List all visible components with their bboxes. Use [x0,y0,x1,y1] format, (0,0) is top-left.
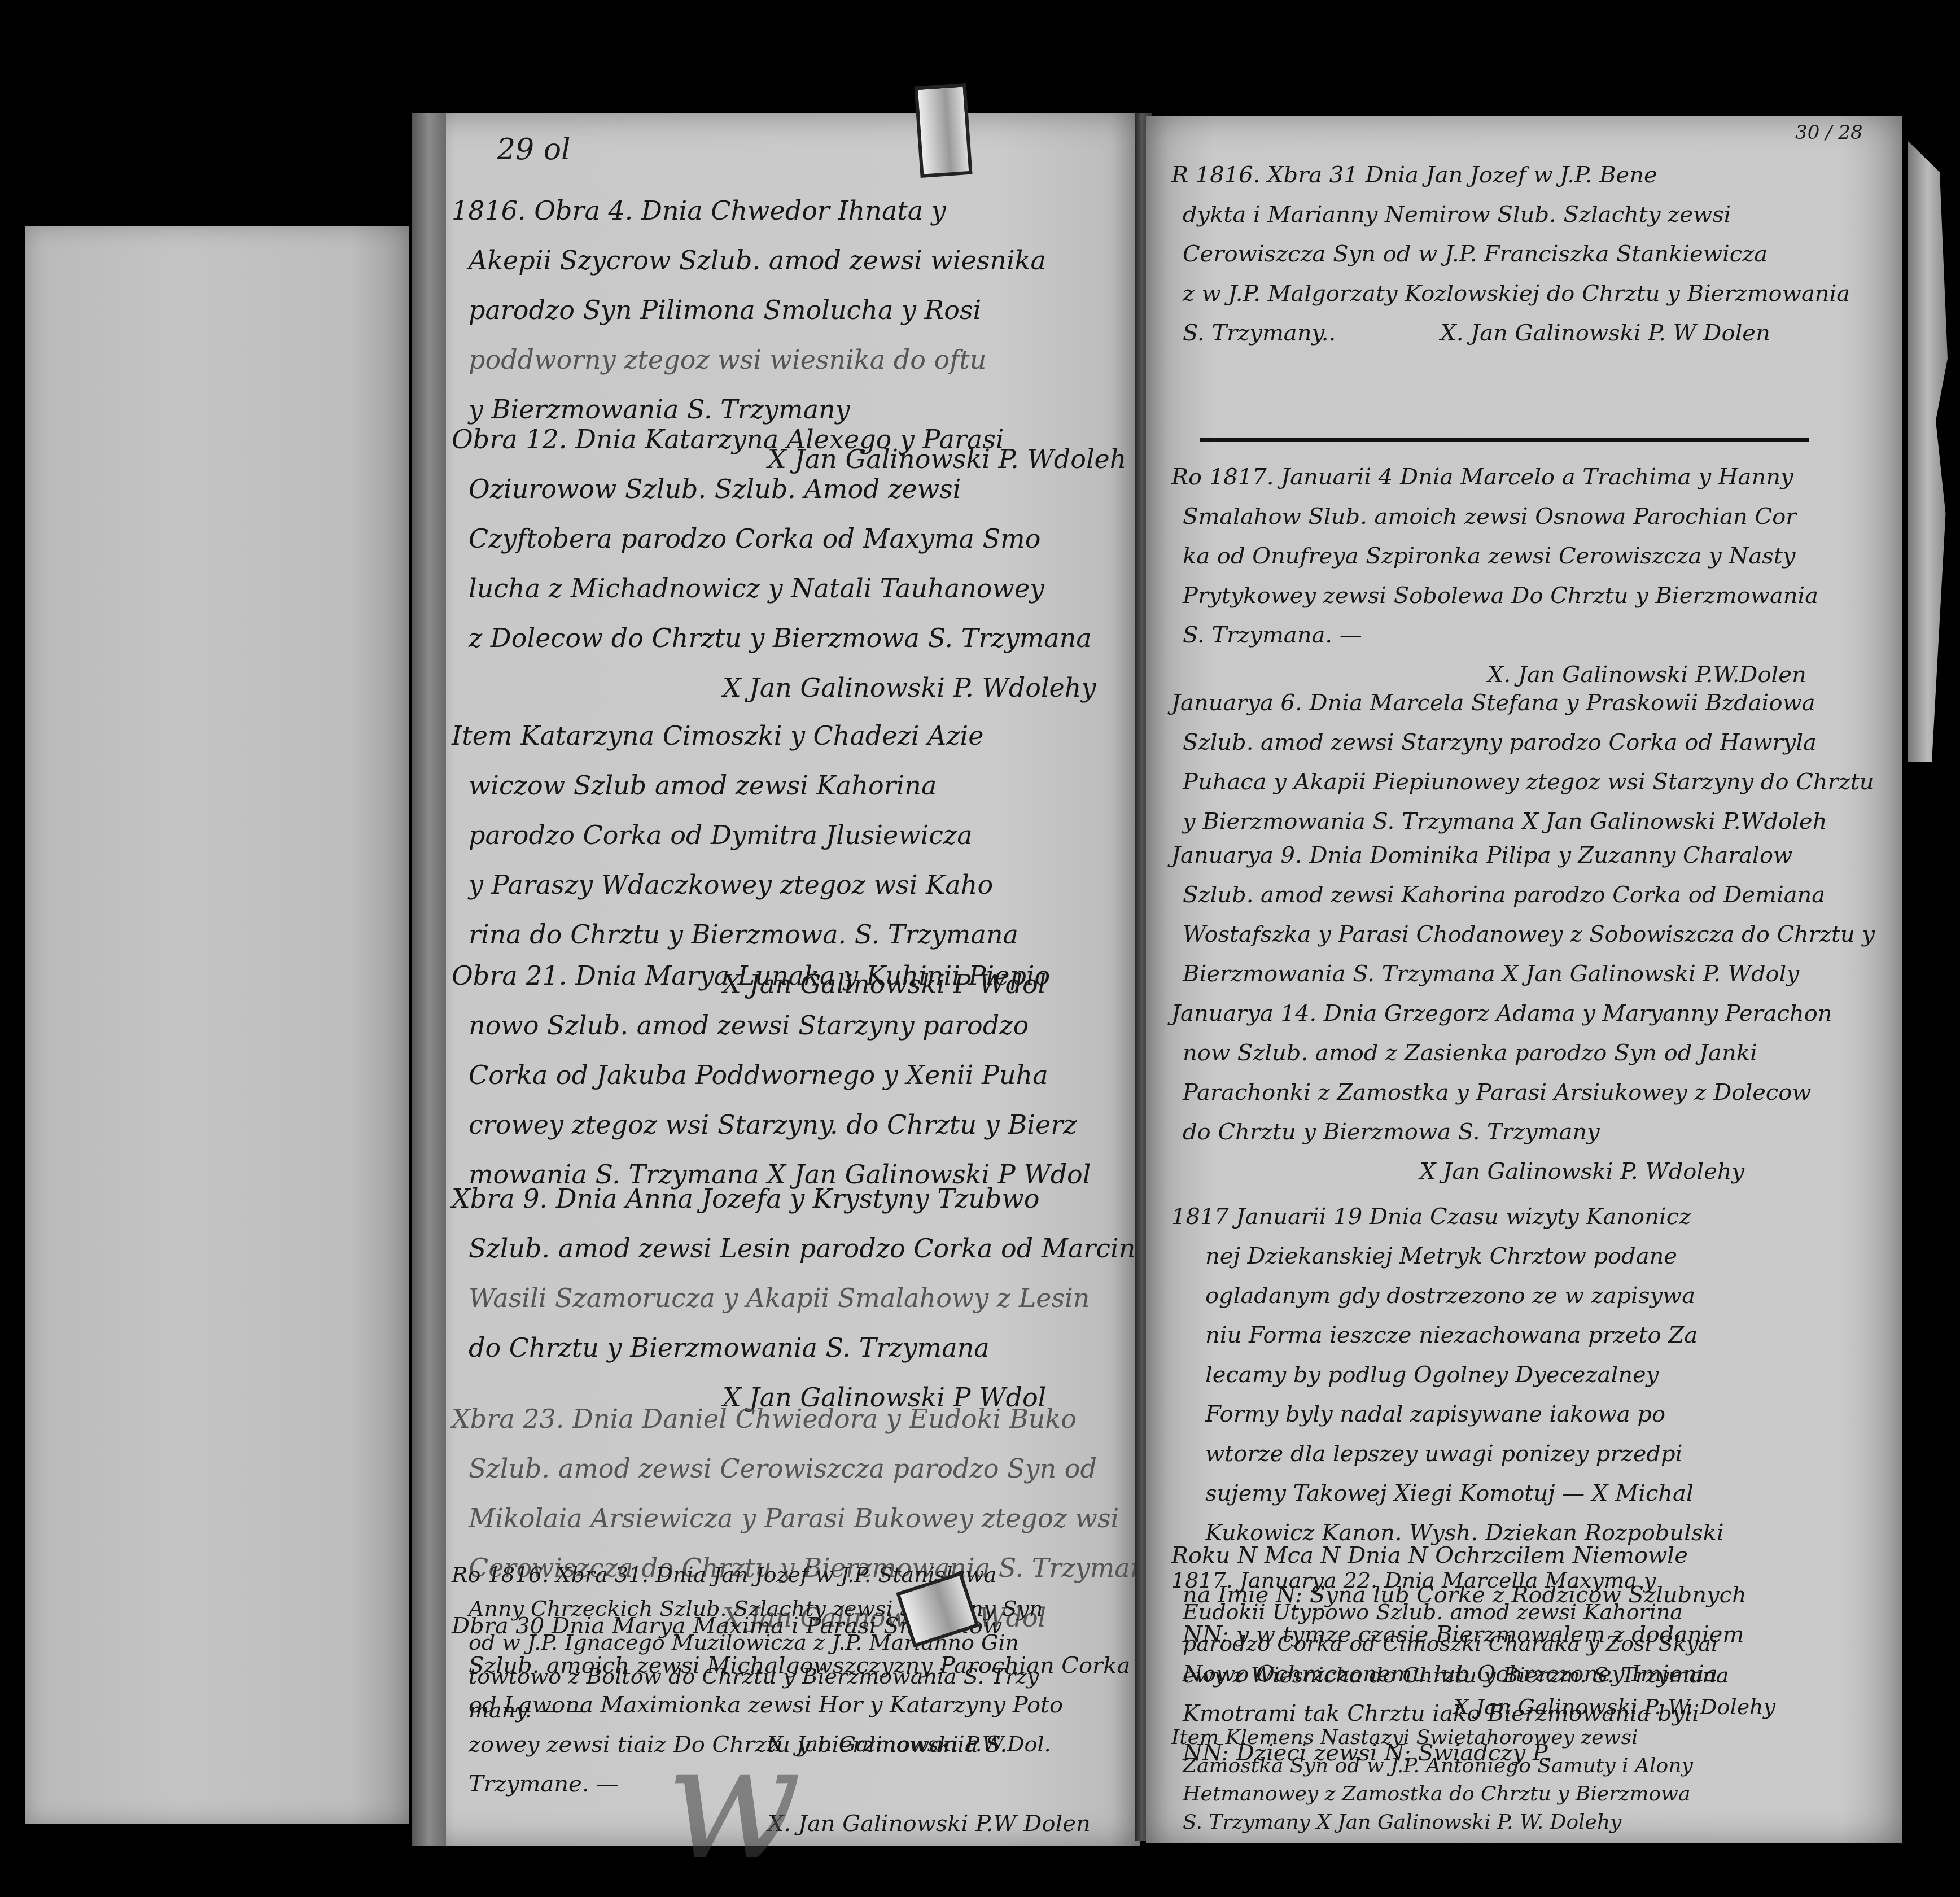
register-entry: Januarya 6. Dnia Marcela Stefana y Prask… [1171,692,1874,850]
entry-line: Corka od Jakuba Poddwornego y Xenii Puha [452,1062,1091,1088]
priest-signature: X Jan Galinowski P. Wdolehy [452,675,1096,701]
entry-line: niu Forma ieszcze niezachowana przeto Za [1171,1324,1723,1347]
register-entry: Januarya 14. Dnia Grzegorz Adama y Marya… [1171,1002,1832,1200]
priest-signature: X Jan Galinowski P. W. Dolehy [1171,1696,1775,1717]
entry-line: y Paraszy Wdaczkowey ztegoz wsi Kaho [452,872,1046,898]
entry-line: do Chrztu y Bierzmowa S. Trzymany [1171,1121,1832,1143]
right-folio-number: 30 / 28 [1795,121,1863,144]
entry-line: S. Trzymany.. [1171,322,1336,344]
entry-line: Wostafszka y Parasi Chodanowey z Sobowis… [1171,923,1875,946]
entry-line: ka od Onufreya Szpironka zewsi Cerowiszc… [1171,545,1818,567]
entry-line: ewy z Wiesnicha do Chrztu y Bierzm. S. T… [1171,1664,1775,1686]
entry-line: 1817. Januarya 22. Dnia Marcella Maxyma … [1171,1570,1775,1591]
entry-line: Obra 21. Dnia Marya Lunaka y Kuhinii Pie… [452,963,1091,989]
entry-line: Mikolaia Arsiewicza y Parasi Bukowey zte… [452,1505,1161,1531]
entry-line: Szlub. amod zewsi Cerowiszcza parodzo Sy… [452,1455,1161,1481]
entry-line: Eudokii Utypowo Szlub. amod zewsi Kahori… [1171,1601,1775,1623]
entry-line: Formy byly nadal zapisywane iakowa po [1171,1403,1723,1426]
entry-line: Obra 12. Dnia Katarzyna Alexego y Parasi [452,426,1096,452]
register-entry: Item Klemens Nastazyi Swietahorowey zews… [1171,1728,1693,1841]
entry-line: Czyftobera parodzo Corka od Maxyma Smo [452,526,1096,552]
priest-signature: X. Jan Galinowski P.W.Dolen [1171,663,1818,686]
entry-line: Xbra 23. Dnia Daniel Chwiedora y Eudoki … [452,1406,1161,1432]
entry-line: z Dolecow do Chrztu y Bierzmowa S. Trzym… [452,625,1096,651]
entry-line: Akepii Szycrow Szlub. amod zewsi wiesnik… [452,247,1160,273]
entry-line: Zamostka Syn od w J.P. Antoniego Samuty … [1171,1756,1693,1776]
entry-line: Szlub. amod zewsi Kahorina parodzo Corka… [1171,884,1875,906]
entry-line: Puhaca y Akapii Piepiunowey ztegoz wsi S… [1171,771,1874,793]
entry-separator-rule [1200,438,1809,442]
entry-line: crowey ztegoz wsi Starzyny. do Chrztu y … [452,1112,1091,1138]
entry-line: Hetmanowey z Zamostka do Chrztu y Bierzm… [1171,1784,1693,1804]
blank-insert-sheet [25,226,409,1824]
entry-line: Wasili Szamorucza y Akapii Smalahowy z L… [452,1285,1151,1311]
entry-line: z w J.P. Malgorzaty Kozlowskiej do Chrzt… [1171,282,1850,305]
torn-page-edge [1908,141,1948,762]
entry-line: rina do Chrztu y Bierzmowa. S. Trzymana [452,921,1046,947]
entry-line: Ro 1817. Januarii 4 Dnia Marcelo a Trach… [1171,466,1818,488]
visitation-note: 1817 Januarii 19 Dnia Czasu wizyty Kanon… [1171,1205,1723,1561]
entry-line: S. Trzymana. — [1171,624,1818,646]
priest-signature: X. Jan Galinowski P. W Dolen [1440,322,1770,344]
entry-line: towtowo z Boltow do Chrztu y Bierzmowani… [452,1666,1051,1687]
entry-line: Item Klemens Nastazyi Swietahorowey zews… [1171,1728,1693,1748]
entry-line: wtorze dla lepszey uwagi ponizey przedpi [1171,1443,1723,1465]
entry-line: ogladanym gdy dostrzezono ze w zapisywa [1171,1284,1723,1307]
entry-line: Januarya 9. Dnia Dominika Pilipa y Zuzan… [1171,844,1875,867]
entry-line: do Chrztu y Bierzmowania S. Trzymana [452,1335,1151,1361]
entry-line: 1817 Januarii 19 Dnia Czasu wizyty Kanon… [1171,1205,1723,1228]
entry-line: wiczow Szlub amod zewsi Kahorina [452,772,1046,798]
entry-line: parodzo Corka od Cimoszki Charaka y Zosi… [1171,1633,1775,1654]
entry-line: dykta i Marianny Nemirow Slub. Szlachty … [1171,203,1850,226]
entry-line: Szlub. amod zewsi Starzyny parodzo Corka… [1171,731,1874,754]
entry-line: Roku N Mca N Dnia N Ochrzcilem Niemowle [1171,1544,1747,1567]
entry-line: Oziurowow Szlub. Szlub. Amod zewsi [452,476,1096,502]
priest-signature: X. Jan Galinowski P.W.Dol. [452,1733,1051,1755]
entry-line: parodzo Syn Pilimona Smolucha y Rosi [452,297,1160,323]
register-entry: Januarya 9. Dnia Dominika Pilipa y Zuzan… [1171,844,1875,1002]
entry-line: Xbra 9. Dnia Anna Jozefa y Krystyny Tzub… [452,1186,1151,1212]
dean-signature: Kukowicz Kanon. Wysh. Dziekan Rozpobulsk… [1171,1522,1723,1544]
entry-line: Bierzmowania S. Trzymana X Jan Galinowsk… [1171,963,1875,985]
register-entry: 1817. Januarya 22. Dnia Marcella Maxyma … [1171,1570,1775,1728]
entry-line: lecamy by podlug Ogolney Dyecezalney [1171,1363,1723,1386]
entry-line: many. — — [452,1699,1051,1721]
metal-page-clip-top [914,83,972,178]
entry-line: parodzo Corka od Dymitra Jlusiewicza [452,822,1046,848]
entry-line: od w J.P. Ignacego Muzilowicza z J.P. Ma… [452,1632,1051,1653]
entry-line: y Bierzmowania S. Trzymany [452,396,1160,422]
register-entry: Xbra 9. Dnia Anna Jozefa y Krystyny Tzub… [452,1186,1151,1434]
entry-line: S. Trzymany X Jan Galinowski P. W. Doleh… [1171,1812,1693,1833]
register-entry: R 1816. Xbra 31 Dnia Jan Jozef w J.P. Be… [1171,164,1850,361]
entry-line: Szlub. amod zewsi Lesin parodzo Corka od… [452,1235,1151,1261]
entry-line: lucha z Michadnowicz y Natali Tauhanowey [452,575,1096,601]
register-entry: Obra 21. Dnia Marya Lunaka y Kuhinii Pie… [452,963,1091,1211]
entry-line: nowo Szlub. amod zewsi Starzyny parodzo [452,1012,1091,1038]
entry-line: 1816. Obra 4. Dnia Chwedor Ihnata y [452,198,1160,224]
entry-line: Cerowiszcza Syn od w J.P. Franciszka Sta… [1171,243,1850,265]
entry-line: y Bierzmowania S. Trzymana X Jan Galinow… [1171,810,1874,833]
entry-line: nej Dziekanskiej Metryk Chrztow podane [1171,1245,1723,1267]
priest-signature: X Jan Galinowski P. Wdolehy [1171,1160,1832,1183]
entry-line: Smalahow Slub. amoich zewsi Osnowa Paroc… [1171,505,1818,528]
entry-line: Item Katarzyna Cimoszki y Chadezi Azie [452,723,1046,749]
entry-line: poddworny ztegoz wsi wiesnika do oftu [452,347,1160,373]
entry-line: Januarya 14. Dnia Grzegorz Adama y Marya… [1171,1002,1832,1025]
entry-line: sujemy Takowej Xiegi Komotuj — X Michal [1171,1482,1723,1505]
entry-line: R 1816. Xbra 31 Dnia Jan Jozef w J.P. Be… [1171,164,1850,186]
register-entry: Obra 12. Dnia Katarzyna Alexego y Parasi… [452,426,1096,724]
entry-line: Parachonki z Zamostka y Parasi Arsiukowe… [1171,1081,1832,1104]
register-entry: Ro 1817. Januarii 4 Dnia Marcelo a Trach… [1171,466,1818,703]
entry-line: now Szlub. amod z Zasienka parodzo Syn o… [1171,1042,1832,1064]
entry-line: Prytykowey zewsi Sobolewa Do Chrztu y Bi… [1171,584,1818,607]
entry-line: Januarya 6. Dnia Marcela Stefana y Prask… [1171,692,1874,714]
